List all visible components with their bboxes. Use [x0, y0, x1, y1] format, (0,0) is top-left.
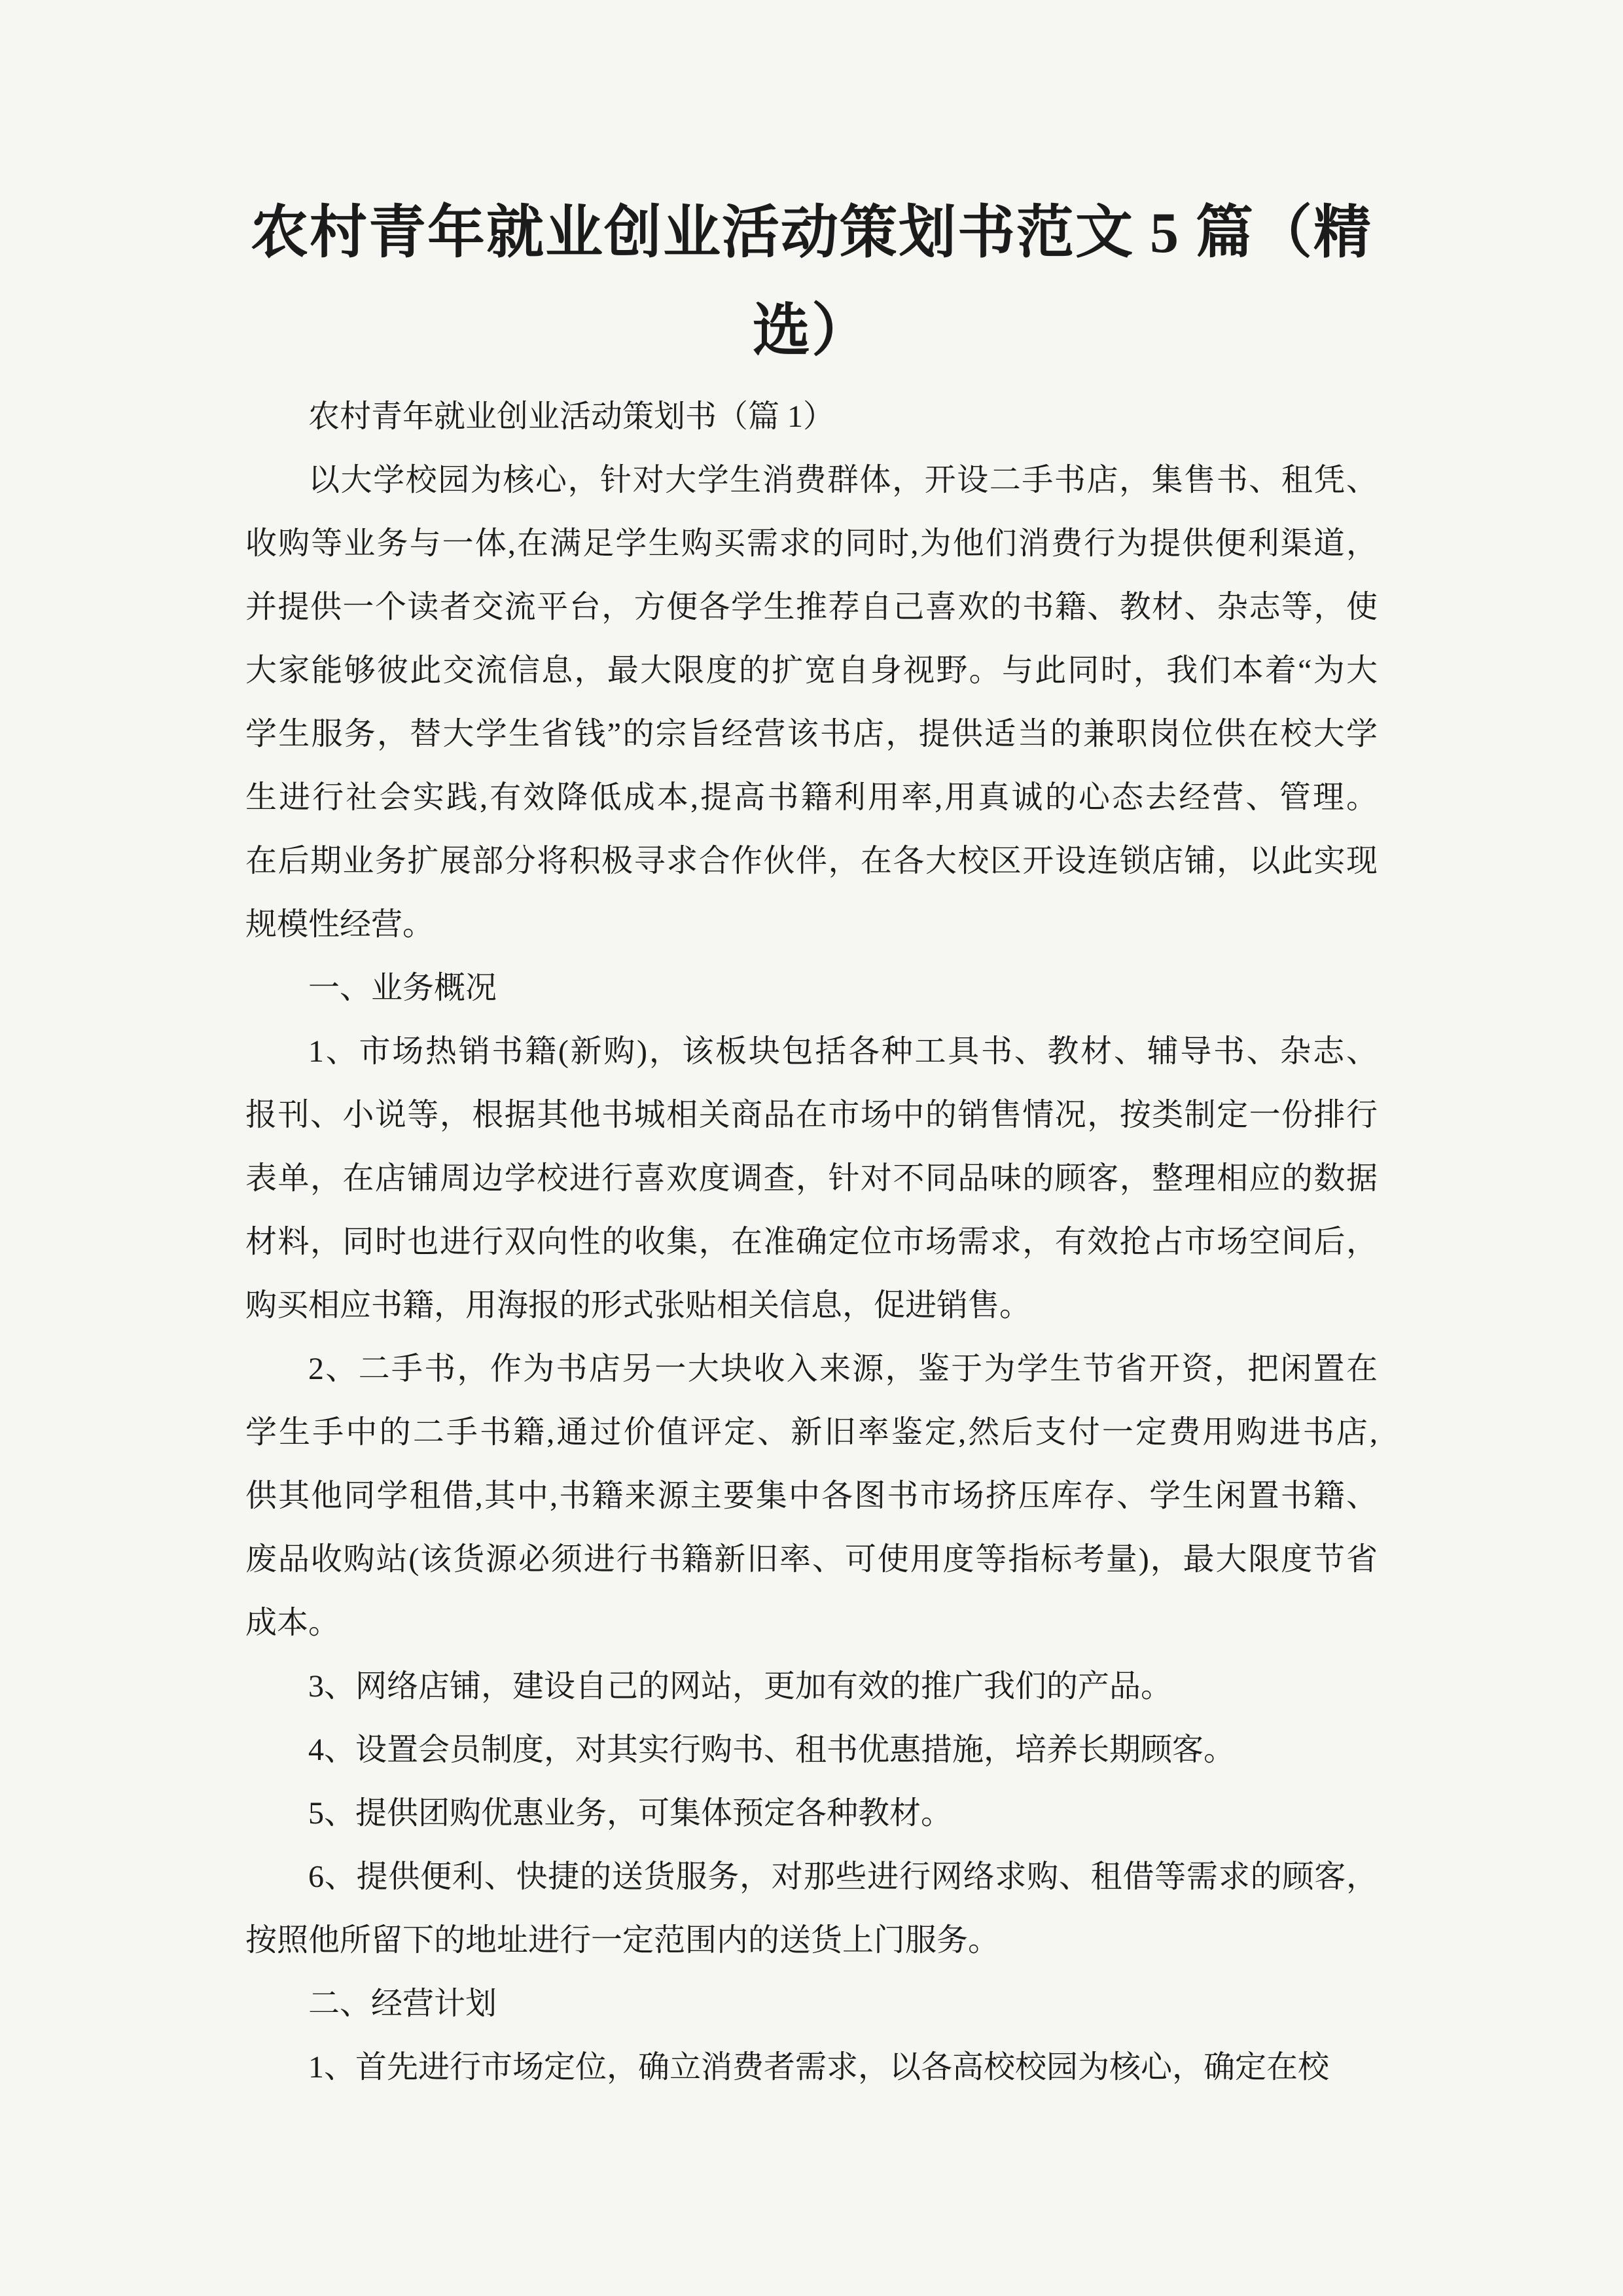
text-line: 6、提供便利、快捷的送货服务，对那些进行网络求购、租借等需求的顾客， — [245, 1845, 1378, 1909]
text-line: 1、首先进行市场定位，确立消费者需求，以各高校校园为核心，确定在校 — [245, 2036, 1378, 2099]
text-line: 规模性经营。 — [245, 893, 1378, 956]
text-line: 表单，在店铺周边学校进行喜欢度调查，针对不同品味的顾客，整理相应的数据 — [245, 1147, 1378, 1210]
text-line: 1、市场热销书籍(新购)，该板块包括各种工具书、教材、辅导书、杂志、 — [245, 1020, 1378, 1083]
document-body: 农村青年就业创业活动策划书（篇 1）以大学校园为核心，针对大学生消费群体，开设二… — [245, 385, 1378, 2099]
text-line: 5、提供团购优惠业务，可集体预定各种教材。 — [245, 1782, 1378, 1845]
title-line: 农村青年就业创业活动策划书范文 5 篇（精 — [245, 185, 1378, 283]
text-line: 一、业务概况 — [245, 956, 1378, 1020]
text-line: 在后期业务扩展部分将积极寻求合作伙伴，在各大校区开设连锁店铺，以此实现 — [245, 829, 1378, 893]
text-line: 二、经营计划 — [245, 1972, 1378, 2036]
text-line: 材料，同时也进行双向性的收集，在准确定位市场需求，有效抢占市场空间后， — [245, 1210, 1378, 1274]
paragraph: 1、市场热销书籍(新购)，该板块包括各种工具书、教材、辅导书、杂志、报刊、小说等… — [245, 1020, 1378, 1337]
paragraph: 一、业务概况 — [245, 956, 1378, 1020]
text-line: 报刊、小说等，根据其他书城相关商品在市场中的销售情况，按类制定一份排行 — [245, 1083, 1378, 1147]
paragraph: 5、提供团购优惠业务，可集体预定各种教材。 — [245, 1782, 1378, 1845]
text-line: 成本。 — [245, 1591, 1378, 1655]
text-line: 收购等业务与一体,在满足学生购买需求的同时,为他们消费行为提供便利渠道， — [245, 512, 1378, 575]
text-line: 农村青年就业创业活动策划书（篇 1） — [245, 385, 1378, 448]
text-line: 生进行社会实践,有效降低成本,提高书籍利用率,用真诚的心态去经营、管理。 — [245, 766, 1378, 829]
page: 农村青年就业创业活动策划书范文 5 篇（精选） 农村青年就业创业活动策划书（篇 … — [0, 0, 1623, 2296]
text-line: 废品收购站(该货源必须进行书籍新旧率、可使用度等指标考量)，最大限度节省 — [245, 1528, 1378, 1591]
text-line: 购买相应书籍，用海报的形式张贴相关信息，促进销售。 — [245, 1274, 1378, 1337]
text-line: 大家能够彼此交流信息，最大限度的扩宽自身视野。与此同时，我们本着“为大 — [245, 639, 1378, 702]
paragraph: 以大学校园为核心，针对大学生消费群体，开设二手书店，集售书、租凭、收购等业务与一… — [245, 448, 1378, 956]
text-line: 学生手中的二手书籍,通过价值评定、新旧率鉴定,然后支付一定费用购进书店, — [245, 1401, 1378, 1464]
paragraph: 二、经营计划 — [245, 1972, 1378, 2036]
text-line: 4、设置会员制度，对其实行购书、租书优惠措施，培养长期顾客。 — [245, 1718, 1378, 1782]
paragraph: 3、网络店铺，建设自己的网站，更加有效的推广我们的产品。 — [245, 1655, 1378, 1718]
text-line: 以大学校园为核心，针对大学生消费群体，开设二手书店，集售书、租凭、 — [245, 448, 1378, 512]
text-line: 按照他所留下的地址进行一定范围内的送货上门服务。 — [245, 1909, 1378, 1972]
paragraph: 2、二手书，作为书店另一大块收入来源，鉴于为学生节省开资，把闲置在学生手中的二手… — [245, 1337, 1378, 1655]
paragraph: 1、首先进行市场定位，确立消费者需求，以各高校校园为核心，确定在校 — [245, 2036, 1378, 2099]
text-line: 供其他同学租借,其中,书籍来源主要集中各图书市场挤压库存、学生闲置书籍、 — [245, 1464, 1378, 1528]
text-line: 并提供一个读者交流平台，方便各学生推荐自己喜欢的书籍、教材、杂志等，使 — [245, 575, 1378, 639]
paragraph: 6、提供便利、快捷的送货服务，对那些进行网络求购、租借等需求的顾客，按照他所留下… — [245, 1845, 1378, 1972]
paragraph: 农村青年就业创业活动策划书（篇 1） — [245, 385, 1378, 448]
title-line: 选） — [245, 283, 1378, 381]
text-line: 2、二手书，作为书店另一大块收入来源，鉴于为学生节省开资，把闲置在 — [245, 1337, 1378, 1401]
paragraph: 4、设置会员制度，对其实行购书、租书优惠措施，培养长期顾客。 — [245, 1718, 1378, 1782]
document-title: 农村青年就业创业活动策划书范文 5 篇（精选） — [245, 185, 1378, 381]
text-line: 3、网络店铺，建设自己的网站，更加有效的推广我们的产品。 — [245, 1655, 1378, 1718]
text-line: 学生服务，替大学生省钱”的宗旨经营该书店，提供适当的兼职岗位供在校大学 — [245, 702, 1378, 766]
